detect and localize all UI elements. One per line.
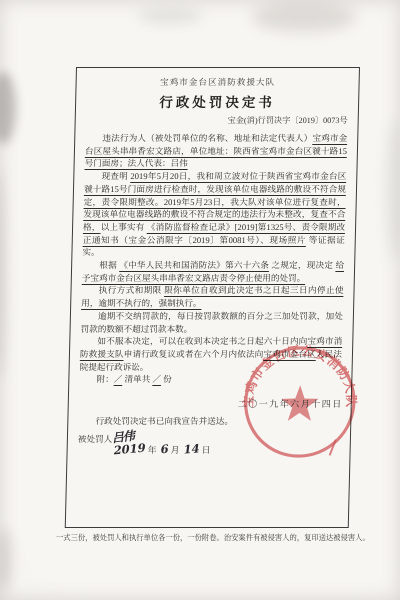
attachment-slash2: ／ — [152, 374, 161, 384]
scan-smudge — [386, 120, 400, 260]
paragraph-party: 违法行为人（被处罚单位的名称、地址和法定代表人）宝鸡市金台区屋头串串香宏文路店，… — [84, 132, 347, 170]
year-label: 年 — [148, 445, 157, 455]
document-number: 宝金(消)行罚决字〔2019〕0073号 — [86, 115, 348, 126]
document-border-box: 宝鸡市金台区消防救援大队 行政处罚决定书 宝金(消)行罚决字〔2019〕0073… — [65, 67, 360, 528]
evidence-lead: 以上事实有 — [101, 222, 145, 232]
paragraph-basis: 根据 《中华人民共和国消防法》第六十六条 之规定，现决定 给予宝鸡市金台区屋头串… — [82, 259, 345, 284]
document-title: 行政处罚决定书 — [86, 91, 348, 111]
scan-smudge — [0, 72, 16, 144]
month-label: 月 — [171, 445, 180, 455]
decision-date: 二〇一九年六月十四日 — [238, 397, 343, 410]
attachment-mid: 清单共 — [124, 374, 150, 384]
delivery-statement: 行政处罚决定书已向我宣告并送达。 — [78, 415, 233, 427]
facts-label: 现查明 — [101, 171, 128, 181]
scan-smudge — [0, 528, 12, 590]
basis-value: 《中华人民共和国消防法》第六十六条 — [119, 260, 269, 270]
penalized-person-label: 被处罚人 — [78, 434, 113, 444]
scanned-paper: 宝鸡市金台区消防救援大队 行政处罚决定书 宝金(消)行罚决字〔2019〕0073… — [0, 0, 400, 600]
signature-date-line: 2019年 6月 14日 — [111, 442, 210, 456]
basis-label: 根据 — [99, 260, 117, 270]
distribution-note: 一式三份，被处罚人和执行单位各一份，一份附卷。治安案件有被侵害人的，复印送达被侵… — [56, 533, 398, 543]
paragraph-facts: 现查明 2019年5月20日，我和周立波对位于陕西省宝鸡市金台区虢十路15号门面… — [82, 170, 346, 259]
late-fee-text: 逾期不交纳罚款的，每日按罚款数额的百分之三加处罚款，加处罚款的数额不超过罚款本数… — [80, 311, 343, 334]
party-label: 违法行为人（被处罚单位的名称、地址和法定代表人） — [102, 133, 312, 143]
scan-smudge — [0, 170, 5, 380]
paragraph-execution: 执行方式和期限 限你单位自收到此决定书之日起三日内停止使用，逾期不执行的，强制执… — [81, 284, 344, 309]
signature-block: 宝鸡市金台区公安消防大队 二〇一九年六月十四日 行政处罚决定书已向我宣告并送达。… — [66, 407, 351, 527]
issuing-agency: 宝鸡市金台区消防救援大队 — [86, 76, 348, 88]
attachment-label: 附： — [96, 374, 113, 384]
scan-smudge — [252, 2, 356, 32]
handwritten-day: 14 — [183, 441, 200, 456]
handwritten-month: 6 — [160, 442, 169, 457]
scan-smudge — [138, 8, 202, 24]
basis-mid: 之规定，现决定 — [271, 260, 333, 270]
attachment-tail: 份 — [163, 374, 172, 384]
handwritten-year: 2019 — [113, 441, 146, 458]
day-label: 日 — [202, 445, 211, 455]
paragraph-late-fee: 逾期不交纳罚款的，每日按罚款数额的百分之三加处罚款，加处罚款的数额不超过罚款本数… — [80, 310, 343, 335]
attachment-slash1: ／ — [114, 374, 123, 384]
execution-label: 执行方式和期限 — [99, 285, 162, 295]
